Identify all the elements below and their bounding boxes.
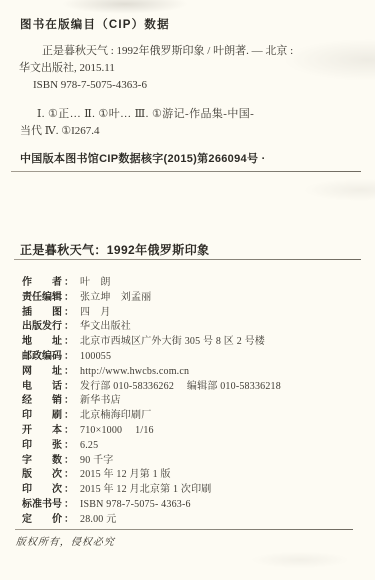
field-value: 张立坤 刘孟丽: [80, 288, 151, 303]
field-label: 插 图: [22, 303, 63, 318]
field-value: 北京楠海印刷厂: [80, 406, 151, 421]
field-value: ISBN 978-7-5075- 4363-6: [80, 499, 191, 510]
horizontal-rule-middle: [14, 259, 361, 260]
field-colon: ：: [64, 332, 74, 347]
book-title: 正是暮秋天气：1992年俄罗斯印象: [20, 241, 210, 258]
field-value: 2015 年 12 月北京第 1 次印刷: [80, 480, 212, 495]
field-value: 叶 朗: [80, 273, 111, 288]
colophon-row-author: 作 者：叶 朗: [22, 273, 365, 288]
field-colon: ：: [64, 451, 74, 466]
field-colon: ：: [64, 391, 74, 406]
field-label: 开 本: [22, 421, 63, 436]
field-value: http://www.hwcbs.com.cn: [80, 366, 189, 377]
field-value: 2015 年 12 月第 1 版: [80, 465, 171, 480]
field-colon: ：: [64, 288, 74, 303]
colophon-row-website: 网 址：http://www.hwcbs.com.cn: [22, 362, 365, 377]
field-label: 印 张: [22, 436, 63, 451]
field-label: 邮政编码: [22, 347, 63, 362]
field-colon: ：: [64, 480, 74, 495]
cip-classification-line-1: Ⅰ. ①正… Ⅱ. ①叶… Ⅲ. ①游记-作品集-中国-: [20, 106, 360, 123]
cip-registry-number: 中国版本图书馆CIP数据核字(2015)第266094号 ·: [20, 150, 266, 166]
colophon-row-format: 开 本：710×1000 1/16: [22, 421, 365, 436]
field-label: 印 刷: [22, 406, 63, 421]
field-colon: ：: [64, 377, 74, 392]
field-label: 字 数: [22, 451, 63, 466]
field-colon: ：: [64, 465, 74, 480]
cip-record-line-1: 正是暮秋天气 : 1992年俄罗斯印象 / 叶朗著. — 北京 :: [19, 43, 359, 60]
field-label: 经 销: [22, 391, 63, 406]
cip-record: 正是暮秋天气 : 1992年俄罗斯印象 / 叶朗著. — 北京 : 华文出版社,…: [19, 43, 359, 94]
field-value: 新华书店: [80, 391, 121, 406]
colophon-row-price: 定 价：28.00 元: [22, 510, 365, 525]
field-value: 28.00 元: [80, 510, 116, 525]
field-label: 地 址: [22, 332, 63, 347]
colophon-row-illustration: 插 图：四 月: [22, 303, 365, 318]
cip-record-line-2: 华文出版社, 2015.11: [19, 60, 359, 77]
copyright-page-scan: 图书在版编目（CIP）数据 正是暮秋天气 : 1992年俄罗斯印象 / 叶朗著.…: [0, 0, 375, 580]
cip-record-line-3: ISBN 978-7-5075-4363-6: [19, 77, 359, 94]
field-value: 华文出版社: [80, 317, 131, 332]
colophon-row-wordcount: 字 数：90 千字: [22, 451, 365, 466]
horizontal-rule-bottom: [15, 529, 353, 530]
colophon-row-distributor: 经 销：新华书店: [22, 391, 365, 406]
field-colon: ：: [64, 362, 74, 377]
field-colon: ：: [64, 347, 74, 362]
field-label: 网 址: [22, 362, 63, 377]
colophon-row-sheets: 印 张：6.25: [22, 436, 365, 451]
field-colon: ：: [64, 303, 74, 318]
colophon-row-impression: 印 次：2015 年 12 月北京第 1 次印刷: [22, 480, 365, 495]
colophon-row-address: 地 址：北京市西城区广外大街 305 号 8 区 2 号楼: [22, 332, 365, 347]
cip-header: 图书在版编目（CIP）数据: [20, 16, 170, 32]
field-colon: ：: [64, 510, 74, 525]
colophon-rows: 作 者：叶 朗 责任编辑：张立坤 刘孟丽 插 图：四 月 出版发行：华文出版社 …: [22, 273, 365, 525]
field-label: 出版发行: [22, 317, 63, 332]
colophon-row-printer: 印 刷：北京楠海印刷厂: [22, 406, 365, 421]
field-colon: ：: [64, 317, 74, 332]
field-value: 四 月: [80, 303, 111, 318]
field-value: 6.25: [80, 440, 98, 451]
field-value: 100055: [80, 351, 111, 362]
field-label: 作 者: [22, 273, 63, 288]
field-colon: ：: [64, 406, 74, 421]
cip-classification-line-2: 当代 Ⅳ. ①I267.4: [20, 123, 360, 140]
colophon-row-edition: 版 次：2015 年 12 月第 1 版: [22, 465, 365, 480]
field-label: 电 话: [22, 377, 63, 392]
field-label: 版 次: [22, 465, 63, 480]
field-value: 发行部 010-58336262 编辑部 010-58336218: [80, 377, 281, 392]
colophon-row-phone: 电 话：发行部 010-58336262 编辑部 010-58336218: [22, 377, 365, 392]
field-colon: ：: [64, 495, 74, 510]
field-value: 710×1000 1/16: [80, 421, 154, 436]
field-label: 印 次: [22, 480, 63, 495]
colophon-row-editor: 责任编辑：张立坤 刘孟丽: [22, 288, 365, 303]
cip-classification: Ⅰ. ①正… Ⅱ. ①叶… Ⅲ. ①游记-作品集-中国- 当代 Ⅳ. ①I267…: [20, 106, 360, 140]
field-value: 北京市西城区广外大街 305 号 8 区 2 号楼: [80, 332, 265, 347]
field-label: 标准书号: [22, 495, 63, 510]
colophon-row-publisher: 出版发行：华文出版社: [22, 317, 365, 332]
field-colon: ：: [64, 421, 74, 436]
horizontal-rule-top: [11, 171, 361, 172]
field-value: 90 千字: [80, 451, 114, 466]
field-label: 定 价: [22, 510, 63, 525]
colophon-row-postcode: 邮政编码：100055: [22, 347, 365, 362]
field-label: 责任编辑: [22, 288, 63, 303]
copyright-notice: 版权所有，侵权必究: [15, 533, 115, 548]
colophon-row-isbn: 标准书号：ISBN 978-7-5075- 4363-6: [22, 495, 365, 510]
field-colon: ：: [64, 273, 74, 288]
field-colon: ：: [64, 436, 74, 451]
